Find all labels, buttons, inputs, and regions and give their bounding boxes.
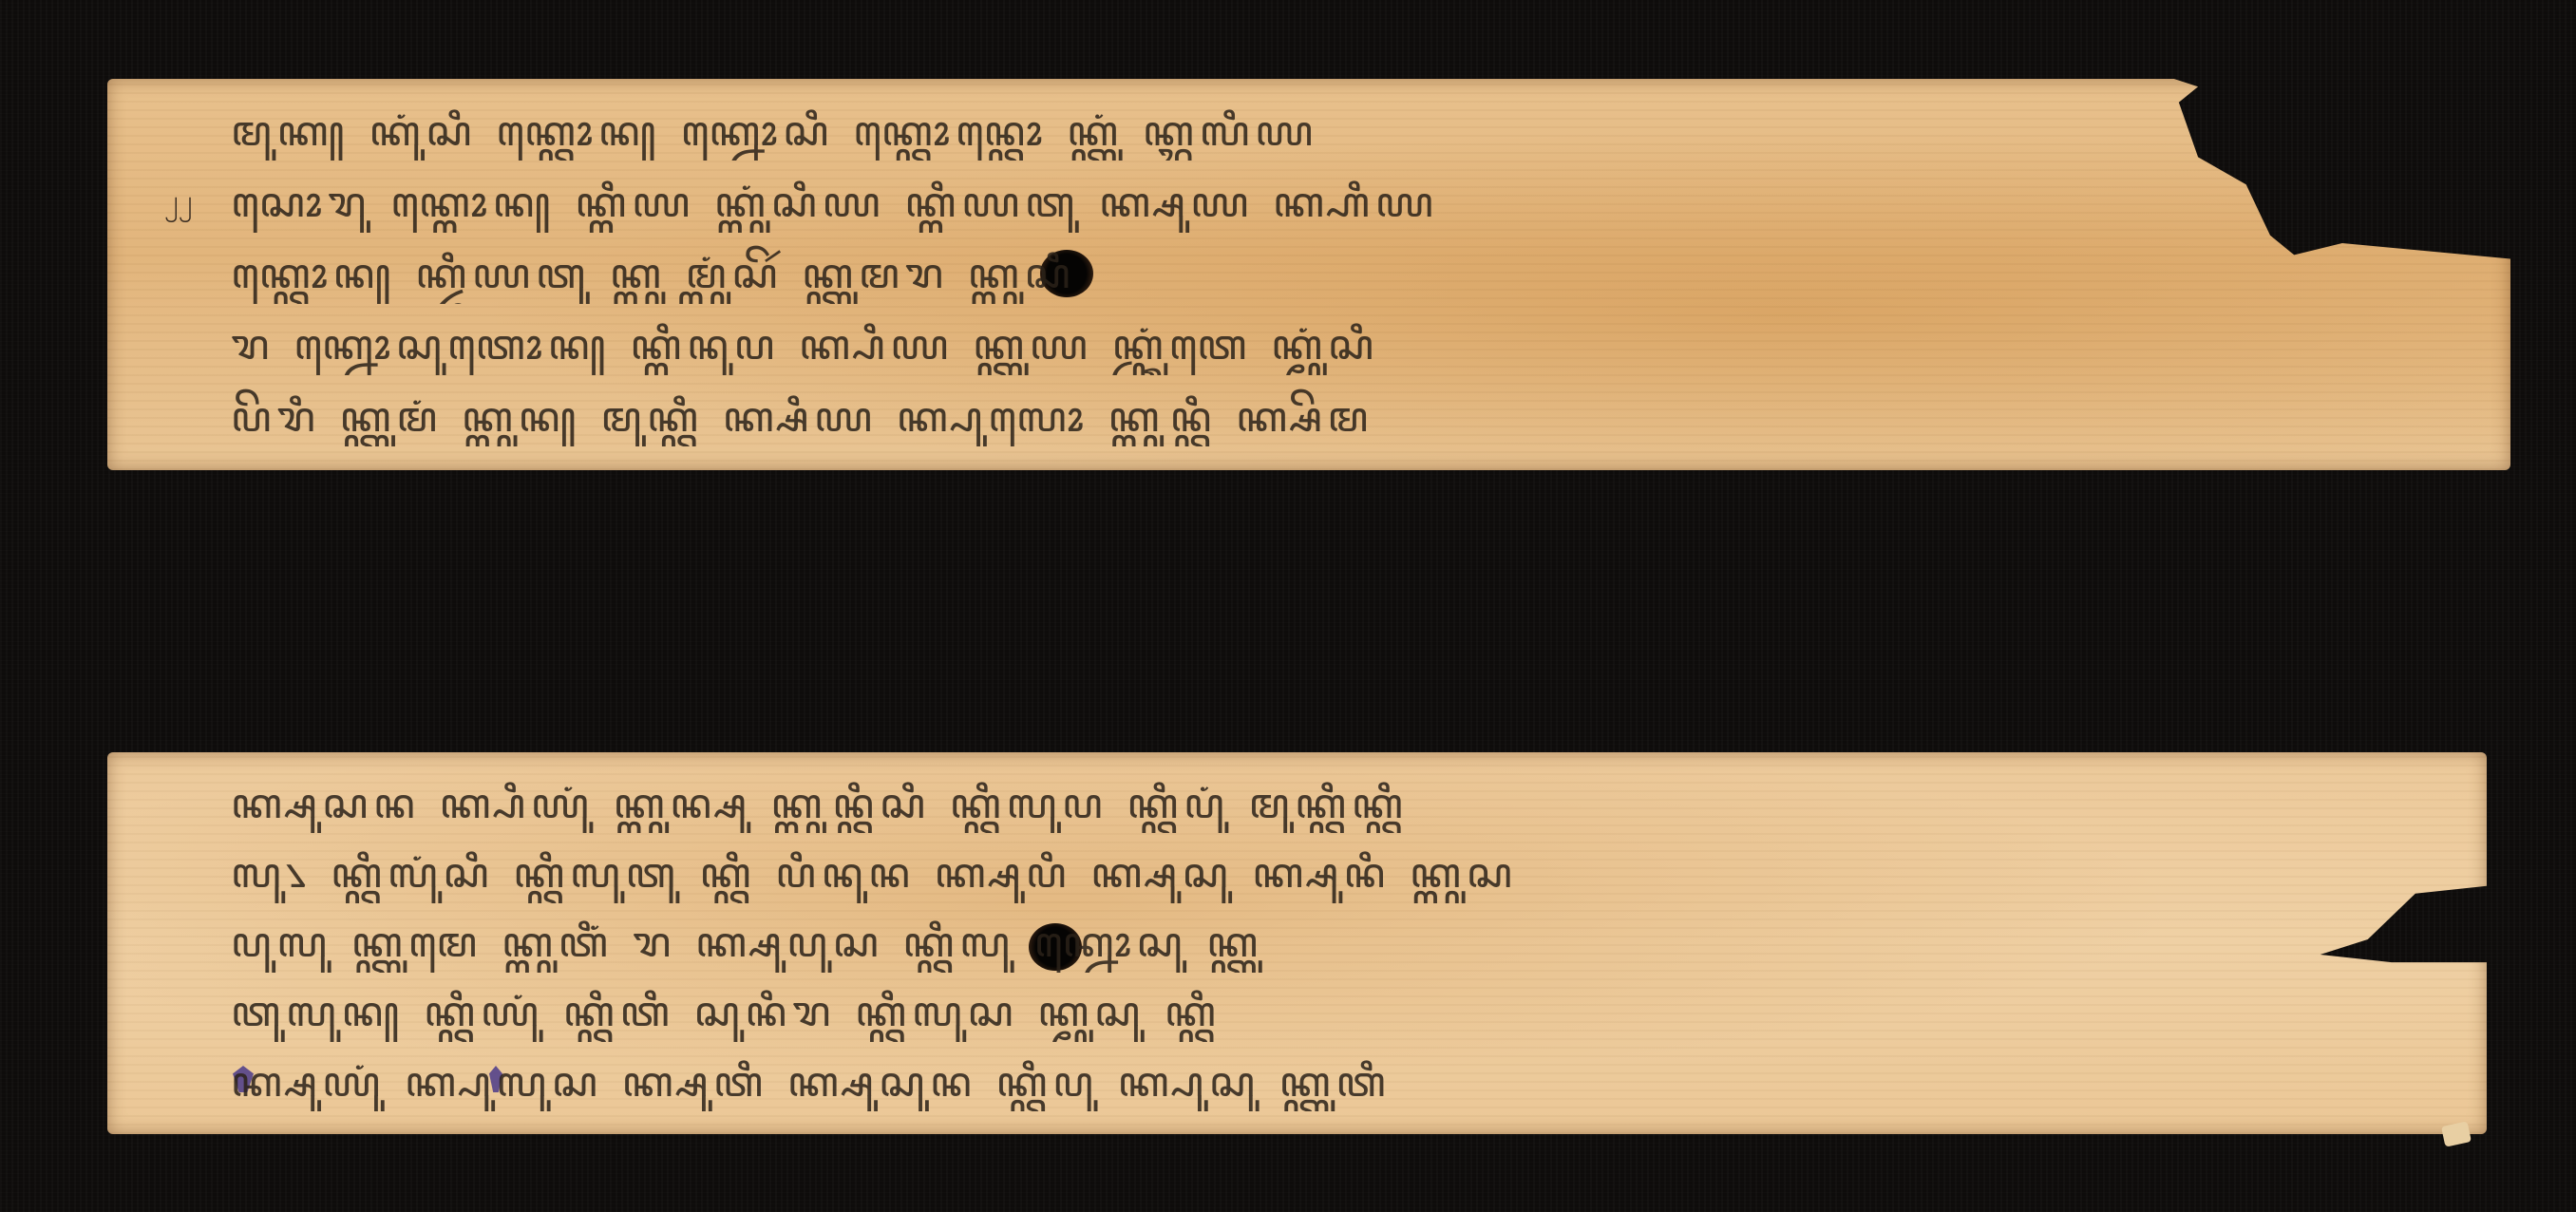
script-line: ꦩꦸꦏ꧀ ꦏꦸꦁꦱꦶ ꦏ꧀ꦠꦺꦴꦤ꧀ ꦏ꧀ꦤꦺꦴꦱꦶ ꦏ꧀ꦠꦺꦴꦤ꧀ꦠꦺꦴ ꦏ꧀… [231, 103, 2320, 161]
script-line: ꦭꦸ꧈ ꦏ꧀ꦠꦶꦭꦸꦁꦱꦶ ꦏ꧀ꦠꦶꦭꦸꦠꦸ ꦏ꧀ꦠꦶ ꦥꦶꦤꦸꦤ ꦏ꧀ꦱꦸꦥꦶ… [231, 844, 2297, 903]
script-line: ꦥꦸꦭꦸ ꦏ꧀ꦠꦸꦩꦺ ꦏ꧀ꦭꦸꦠꦶꦁ ꦫ ꦏ꧀ꦱꦸꦥꦸꦱ ꦏ꧀ꦠꦶꦭꦸ ꦏ꧀ꦤ… [231, 914, 2297, 973]
script-line: ꦫ ꦏ꧀ꦤꦺꦴꦱꦸꦠꦺꦴꦤ꧀ ꦏ꧀ꦭꦶꦤꦸꦥ ꦏ꧀ꦥꦶꦪ ꦏ꧀ꦠꦸꦪ ꦏ꧀ꦕꦸꦁ… [231, 316, 2320, 375]
text-block: ꦏ꧀ꦱꦸꦱꦤ ꦏ꧀ꦥꦶꦪꦸꦁ ꦏ꧀ꦭꦸꦤ꧀ꦱꦸ ꦏ꧀ꦭꦸꦤ꧀ꦠꦶꦱꦶ ꦏ꧀ꦠꦶꦭ… [231, 769, 2297, 1117]
leaf-number: ၂၂ [164, 181, 192, 224]
palm-leaf-top: ၂၂ ꦩꦸꦏ꧀ ꦏꦸꦁꦱꦶ ꦏ꧀ꦠꦺꦴꦤ꧀ ꦏ꧀ꦤꦺꦴꦱꦶ ꦏ꧀ꦠꦺꦴꦤ꧀ꦠꦺꦴ… [107, 79, 2510, 470]
script-line: ꦏ꧀ꦱꦸꦪꦸꦁ ꦏ꧀ꦥꦸꦭꦸꦱ ꦏ꧀ꦱꦸꦠꦶ ꦏ꧀ꦱꦸꦱꦸꦤ ꦏ꧀ꦠꦶꦥꦸ ꦏ꧀… [231, 1053, 2297, 1112]
palm-leaf-bottom: ꦏ꧀ꦱꦸꦱꦤ ꦏ꧀ꦥꦶꦪꦸꦁ ꦏ꧀ꦭꦸꦤ꧀ꦱꦸ ꦏ꧀ꦭꦸꦤ꧀ꦠꦶꦱꦶ ꦏ꧀ꦠꦶꦭ… [107, 752, 2487, 1134]
manuscript-photo: Photograph of two palm-leaf manuscript l… [0, 0, 2576, 1212]
text-block: ꦩꦸꦏ꧀ ꦏꦸꦁꦱꦶ ꦏ꧀ꦠꦺꦴꦤ꧀ ꦏ꧀ꦤꦺꦴꦱꦶ ꦏ꧀ꦠꦺꦴꦤ꧀ꦠꦺꦴ ꦏ꧀… [231, 96, 2320, 453]
script-line: ꦏ꧀ꦠꦺꦴꦤ꧀ ꦏ꧀ꦢꦶꦪꦠꦸ ꦏ꧀ꦭꦸ ꦩ꧀ꦭꦸꦁꦱꦼꦂ ꦏ꧀ꦠꦸꦩꦫ ꦏ꧀ꦭ… [231, 245, 2320, 304]
script-line: ꦏ꧀ꦱꦸꦱꦤ ꦏ꧀ꦥꦶꦪꦸꦁ ꦏ꧀ꦭꦸꦤ꧀ꦱꦸ ꦏ꧀ꦭꦸꦤ꧀ꦠꦶꦱꦶ ꦏ꧀ꦠꦶꦭ… [231, 775, 2297, 834]
script-line: ꦱꦺꦴꦫꦸ ꦏ꧀ꦭꦺꦴꦤ꧀ ꦏ꧀ꦭꦶꦪ ꦏ꧀ꦭꦸꦁꦱꦶꦪ ꦏ꧀ꦭꦶꦪꦠꦸ ꦏ꧀ꦱ… [231, 174, 2320, 233]
script-line: ꦥꦼꦫꦶ ꦏ꧀ꦠꦸꦩꦁ ꦏ꧀ꦭꦸꦤ꧀ ꦩꦸꦏ꧀ꦠꦶ ꦏ꧀ꦱꦶꦪ ꦏ꧀ꦥꦸꦭꦺꦴ … [231, 388, 2320, 447]
scene-description: Photograph of two palm-leaf manuscript l… [0, 0, 1, 1]
script-line: ꦠꦸꦭꦸꦤ꧀ ꦏ꧀ꦠꦶꦪꦸꦁ ꦏ꧀ꦠꦶꦠꦶ ꦱꦸꦤꦶꦫ ꦏ꧀ꦠꦶꦭꦸꦱ ꦏ꧀ꦩꦸ… [231, 983, 2297, 1042]
leaf-fragment [2441, 1121, 2472, 1146]
